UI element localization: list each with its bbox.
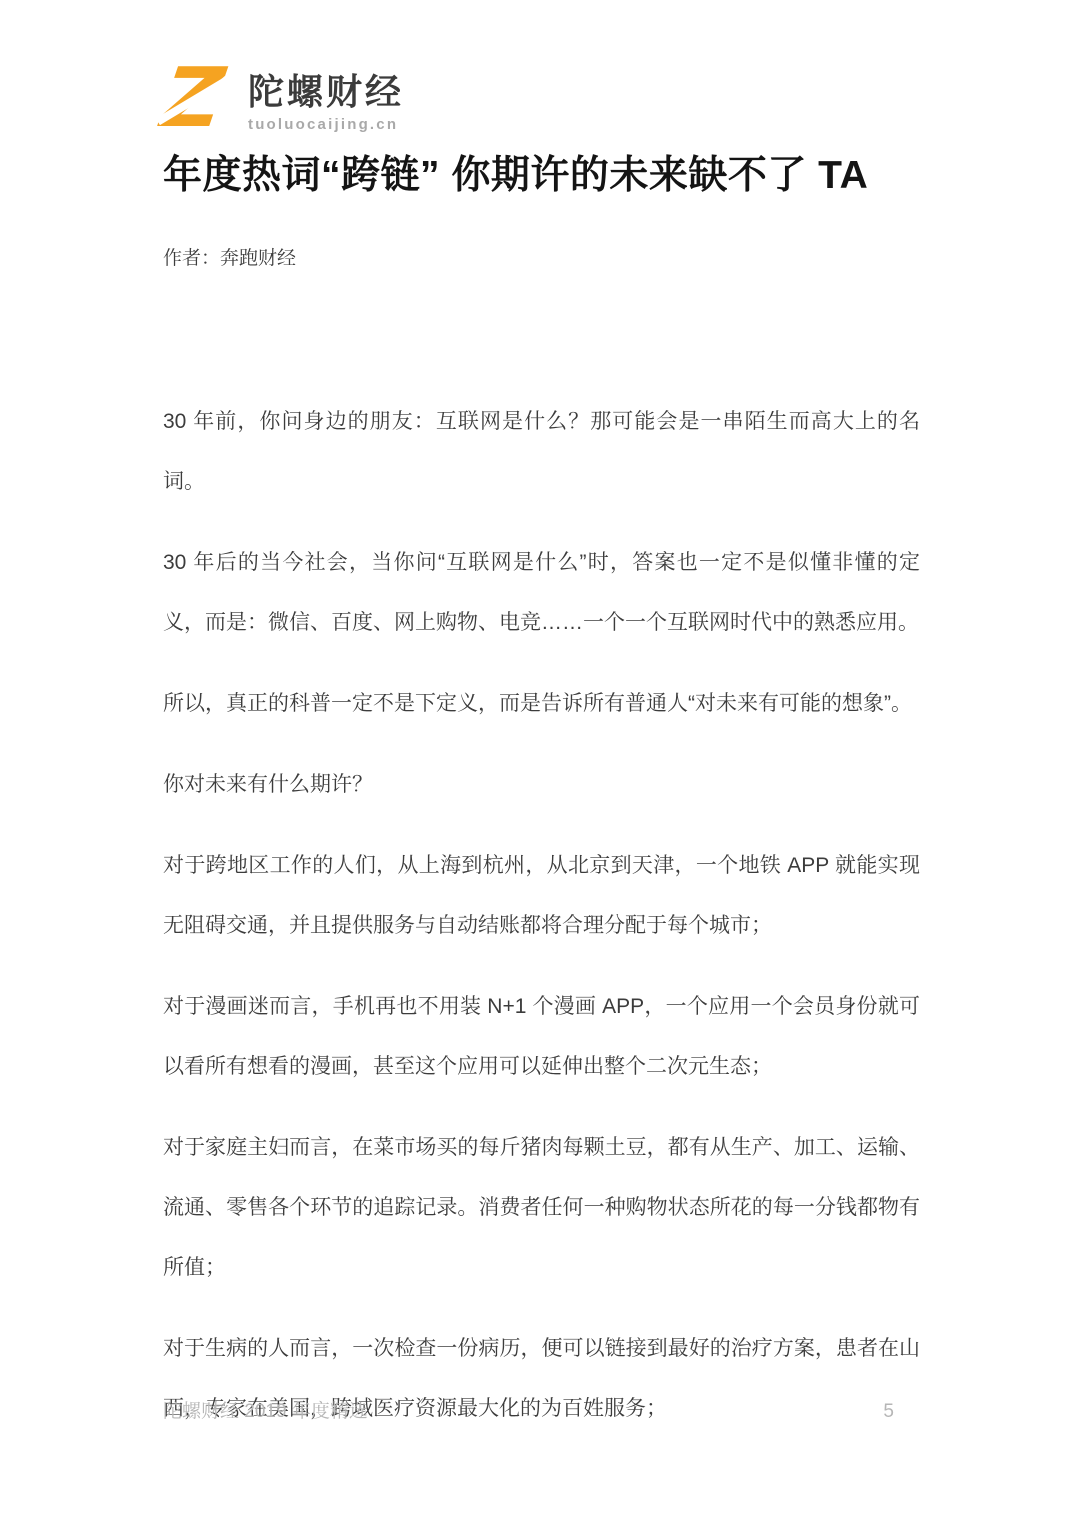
brand-text-block: 陀螺财经 tuoluocaijing.cn [248, 66, 404, 133]
brand-domain: tuoluocaijing.cn [248, 116, 404, 133]
paragraph: 对于跨地区工作的人们，从上海到杭州，从北京到天津，一个地铁 APP 就能实现无阻… [163, 836, 920, 956]
page-footer: 陀螺财经 2019 年度精选 5 [163, 1396, 894, 1423]
brand-z-logo-icon: Z [163, 66, 235, 134]
brand-name: 陀螺财经 [248, 74, 404, 110]
paragraph: 30 年后的当今社会，当你问“互联网是什么”时，答案也一定不是似懂非懂的定义，而… [163, 533, 920, 653]
paragraph: 对于漫画迷而言，手机再也不用装 N+1 个漫画 APP，一个应用一个会员身份就可… [163, 977, 920, 1097]
brand-header: Z 陀螺财经 tuoluocaijing.cn [163, 66, 1080, 134]
footer-page-number: 5 [883, 1401, 894, 1423]
paragraph: 对于家庭主妇而言，在菜市场买的每斤猪肉每颗土豆，都有从生产、加工、运输、流通、零… [163, 1118, 920, 1298]
document-page: Z 陀螺财经 tuoluocaijing.cn 年度热词“跨链” 你期许的未来缺… [0, 0, 1080, 1527]
paragraph: 30 年前，你问身边的朋友：互联网是什么？那可能会是一串陌生而高大上的名词。 [163, 392, 920, 512]
paragraph: 你对未来有什么期许？ [163, 755, 920, 815]
article-body: 30 年前，你问身边的朋友：互联网是什么？那可能会是一串陌生而高大上的名词。 3… [163, 392, 920, 1439]
footer-book-title: 陀螺财经 2019 年度精选 [163, 1396, 368, 1423]
author-line: 作者：奔跑财经 [163, 243, 920, 270]
article-title: 年度热词“跨链” 你期许的未来缺不了 TA [163, 150, 930, 203]
paragraph: 所以，真正的科普一定不是下定义，而是告诉所有普通人“对未来有可能的想象”。 [163, 674, 920, 734]
